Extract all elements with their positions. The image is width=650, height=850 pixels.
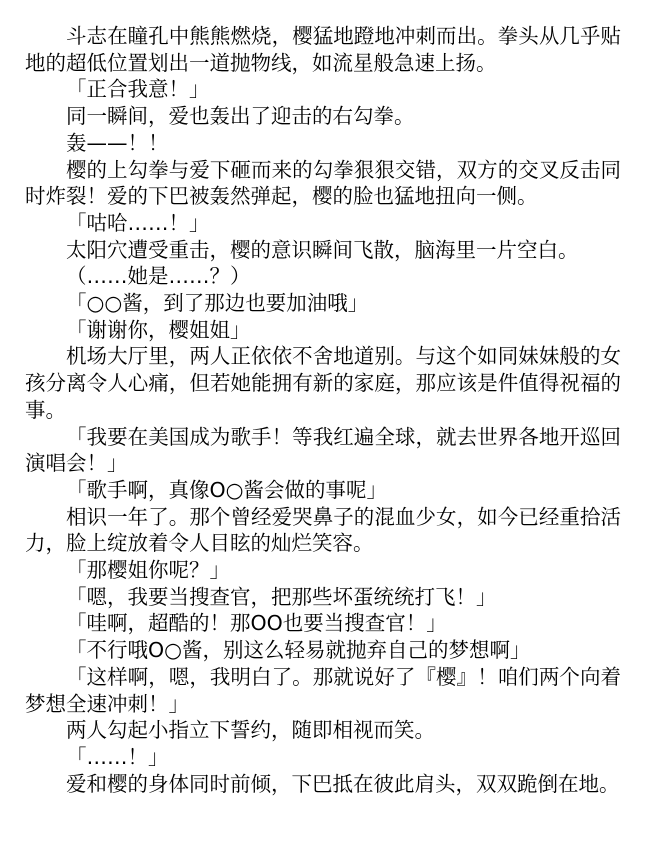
paragraph-dialogue: 「不行哦O○酱，别这么轻易就抛弃自己的梦想啊」 <box>25 637 621 664</box>
book-page: 斗志在瞳孔中熊熊燃烧，樱猛地蹬地冲刺而出。拳头从几乎贴地的超低位置划出一道抛物线… <box>0 0 650 850</box>
paragraph-dialogue: 「那樱姐你呢？」 <box>25 557 621 584</box>
paragraph-dialogue: 「我要在美国成为歌手！等我红遍全球，就去世界各地开巡回演唱会！」 <box>25 424 621 477</box>
paragraph-dialogue: 「……！」 <box>25 744 621 771</box>
paragraph-dialogue: 「正合我意！」 <box>25 76 621 103</box>
paragraph-dialogue: 「○○酱，到了那边也要加油哦」 <box>25 290 621 317</box>
paragraph-thought: （……她是……？） <box>25 263 621 290</box>
paragraph-dialogue: 「歌手啊，真像O○酱会做的事呢」 <box>25 477 621 504</box>
paragraph-dialogue: 「哇啊，超酷的！那OO也要当搜查官！」 <box>25 610 621 637</box>
paragraph: 爱和樱的身体同时前倾，下巴抵在彼此肩头，双双跪倒在地。 <box>25 771 621 798</box>
paragraph-dialogue: 「咕哈……！」 <box>25 210 621 237</box>
paragraph: 同一瞬间，爱也轰出了迎击的右勾拳。 <box>25 103 621 130</box>
paragraph: 两人勾起小指立下誓约，随即相视而笑。 <box>25 717 621 744</box>
paragraph-dialogue: 「谢谢你，樱姐姐」 <box>25 317 621 344</box>
paragraph: 太阳穴遭受重击，樱的意识瞬间飞散，脑海里一片空白。 <box>25 237 621 264</box>
paragraph: 樱的上勾拳与爱下砸而来的勾拳狠狠交错，双方的交叉反击同时炸裂！爱的下巴被轰然弹起… <box>25 157 621 210</box>
paragraph: 相识一年了。那个曾经爱哭鼻子的混血少女，如今已经重拾活力，脸上绽放着令人目眩的灿… <box>25 504 621 557</box>
novel-text-body: 斗志在瞳孔中熊熊燃烧，樱猛地蹬地冲刺而出。拳头从几乎贴地的超低位置划出一道抛物线… <box>25 23 621 797</box>
paragraph-dialogue: 「这样啊，嗯，我明白了。那就说好了『樱』！咱们两个向着梦想全速冲刺！」 <box>25 664 621 717</box>
paragraph: 机场大厅里，两人正依依不舍地道别。与这个如同妹妹般的女孩分离令人心痛，但若她能拥… <box>25 343 621 423</box>
paragraph-sfx: 轰——！！ <box>25 130 621 157</box>
paragraph-dialogue: 「嗯，我要当搜查官，把那些坏蛋统统打飞！」 <box>25 584 621 611</box>
paragraph: 斗志在瞳孔中熊熊燃烧，樱猛地蹬地冲刺而出。拳头从几乎贴地的超低位置划出一道抛物线… <box>25 23 621 76</box>
